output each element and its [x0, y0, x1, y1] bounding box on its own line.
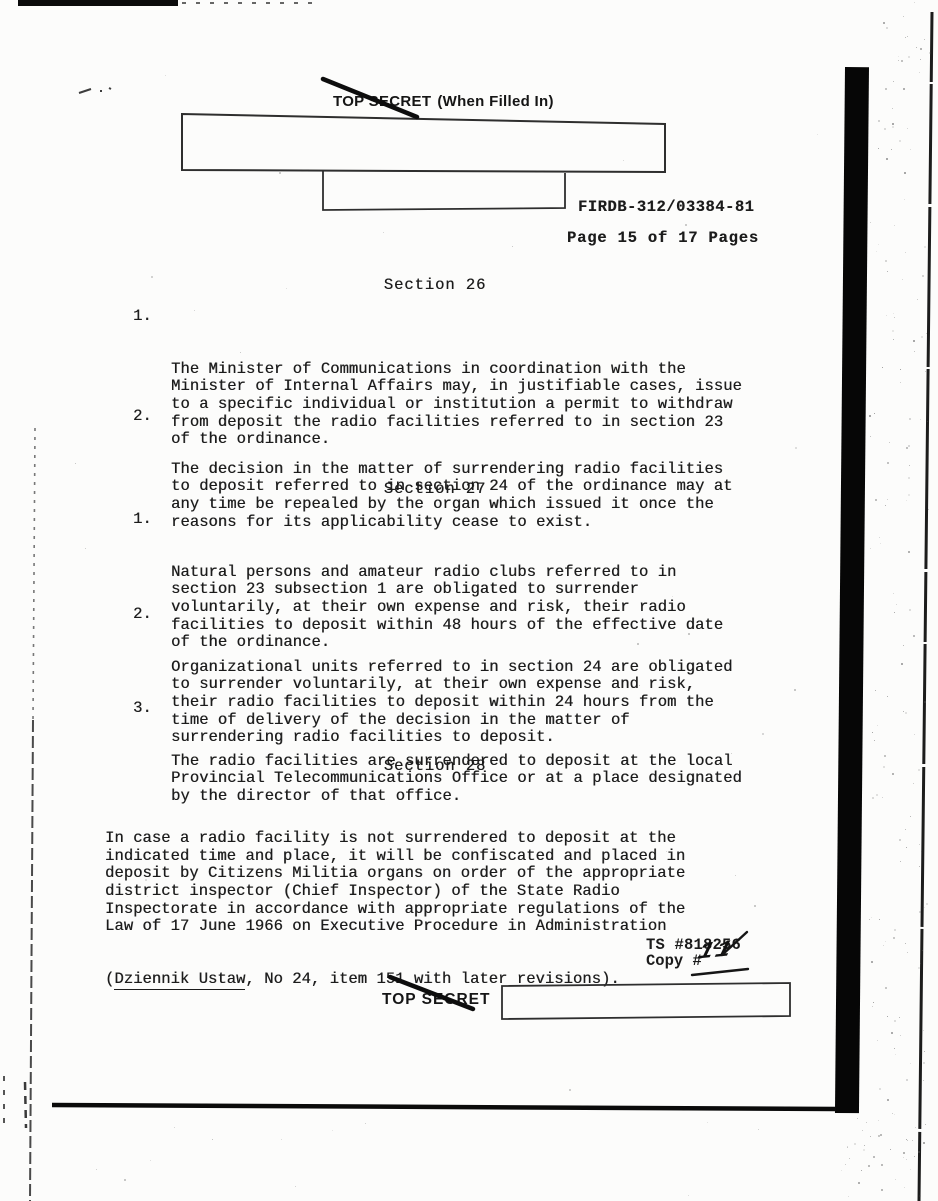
noise-speck	[849, 1158, 850, 1159]
noise-speck	[907, 36, 908, 37]
noise-speck	[923, 1062, 925, 1064]
noise-speck	[887, 499, 888, 500]
noise-speck	[864, 1145, 865, 1146]
noise-speck	[900, 1035, 901, 1036]
noise-speck	[365, 1123, 366, 1124]
noise-speck	[754, 905, 756, 907]
noise-speck	[866, 1122, 867, 1123]
noise-speck	[920, 48, 922, 50]
noise-speck	[593, 585, 595, 587]
noise-speck	[905, 37, 906, 38]
noise-speck	[887, 1016, 888, 1017]
noise-speck	[885, 505, 886, 506]
noise-speck	[914, 351, 915, 352]
noise-speck	[923, 1080, 924, 1081]
noise-speck	[875, 499, 877, 501]
noise-speck	[174, 1127, 175, 1128]
noise-speck	[919, 1195, 921, 1197]
noise-speck	[623, 160, 624, 161]
noise-speck	[924, 907, 925, 908]
document-page: TOP SECRET(When Filled In) FIRDB-312/033…	[0, 0, 938, 1201]
noise-speck	[688, 1195, 689, 1196]
noise-speck	[893, 339, 894, 340]
noise-speck	[921, 851, 922, 852]
noise-layer	[0, 0, 938, 1201]
noise-speck	[872, 1006, 873, 1007]
noise-speck	[904, 172, 906, 174]
noise-speck	[332, 82, 333, 83]
noise-speck	[666, 851, 667, 852]
noise-speck	[923, 1142, 925, 1144]
noise-speck	[894, 225, 895, 226]
noise-speck	[848, 1196, 849, 1197]
noise-speck	[908, 551, 910, 553]
noise-speck	[916, 47, 917, 48]
noise-speck	[892, 126, 894, 128]
noise-speck	[926, 903, 928, 905]
noise-speck	[212, 1139, 213, 1140]
noise-speck	[923, 1030, 924, 1031]
noise-speck	[903, 1157, 904, 1158]
noise-speck	[912, 1140, 913, 1141]
noise-speck	[924, 701, 926, 703]
noise-speck	[906, 847, 907, 848]
noise-speck	[901, 60, 903, 62]
noise-speck	[877, 725, 878, 726]
noise-speck	[869, 415, 871, 417]
noise-speck	[894, 1048, 895, 1049]
noise-speck	[762, 733, 764, 735]
noise-speck	[920, 419, 921, 420]
noise-speck	[883, 766, 885, 768]
noise-speck	[672, 596, 673, 597]
noise-speck	[909, 465, 910, 466]
noise-speck	[887, 696, 888, 697]
noise-speck	[892, 108, 893, 109]
noise-speck	[927, 421, 928, 422]
noise-speck	[915, 1127, 916, 1128]
noise-speck	[863, 1149, 865, 1151]
noise-speck	[857, 1118, 858, 1119]
noise-speck	[913, 340, 915, 342]
noise-speck	[919, 844, 920, 845]
noise-speck	[295, 1186, 296, 1187]
noise-speck	[873, 1002, 874, 1003]
noise-speck	[920, 59, 921, 60]
noise-speck	[858, 1182, 860, 1184]
noise-speck	[908, 445, 910, 447]
noise-speck	[885, 88, 887, 90]
noise-speck	[366, 730, 367, 731]
noise-speck	[914, 2, 915, 3]
noise-speck	[194, 310, 195, 311]
noise-speck	[899, 140, 901, 142]
noise-speck	[882, 367, 883, 368]
noise-speck	[75, 463, 76, 464]
noise-speck	[332, 1130, 333, 1131]
noise-speck	[900, 369, 901, 370]
noise-speck	[383, 232, 384, 233]
noise-speck	[882, 797, 883, 798]
noise-speck	[883, 945, 884, 946]
noise-speck	[878, 1120, 879, 1121]
noise-speck	[900, 861, 901, 862]
noise-speck	[907, 128, 908, 129]
noise-speck	[875, 690, 876, 691]
noise-speck	[876, 251, 877, 252]
noise-speck	[905, 712, 907, 714]
noise-speck	[902, 279, 903, 280]
noise-speck	[893, 937, 895, 939]
noise-speck	[388, 892, 389, 893]
noise-speck	[918, 967, 920, 969]
noise-speck	[685, 224, 687, 226]
noise-speck	[878, 120, 880, 122]
noise-speck	[892, 773, 894, 775]
noise-speck	[910, 1169, 911, 1170]
noise-speck	[279, 172, 281, 174]
noise-speck	[885, 260, 887, 262]
noise-speck	[922, 275, 924, 277]
noise-speck	[880, 1134, 882, 1136]
noise-speck	[907, 952, 908, 953]
noise-speck	[870, 222, 871, 223]
noise-speck	[893, 313, 894, 314]
noise-speck	[861, 1170, 862, 1171]
noise-speck	[910, 816, 911, 817]
noise-speck	[894, 1020, 896, 1022]
noise-speck	[925, 1124, 926, 1125]
noise-speck	[887, 271, 888, 272]
noise-speck	[870, 548, 871, 549]
noise-speck	[929, 52, 931, 54]
noise-speck	[876, 794, 878, 796]
noise-speck	[909, 609, 911, 611]
noise-speck	[854, 1143, 856, 1145]
noise-speck	[887, 1099, 889, 1101]
noise-speck	[847, 1147, 848, 1148]
noise-speck	[637, 643, 639, 645]
noise-speck	[908, 56, 910, 58]
noise-speck	[905, 943, 906, 944]
noise-speck	[900, 382, 901, 383]
noise-speck	[886, 27, 888, 29]
noise-speck	[881, 1189, 883, 1191]
noise-speck	[817, 134, 818, 135]
noise-speck	[862, 1130, 863, 1131]
noise-speck	[880, 543, 881, 544]
noise-speck	[150, 1160, 151, 1161]
noise-speck	[919, 911, 921, 913]
noise-speck	[906, 1159, 907, 1160]
noise-speck	[885, 941, 886, 942]
noise-speck	[151, 276, 153, 278]
noise-speck	[924, 39, 925, 40]
noise-speck	[794, 689, 796, 691]
noise-speck	[892, 123, 894, 125]
noise-speck	[901, 663, 903, 665]
noise-speck	[913, 635, 915, 637]
noise-speck	[893, 593, 894, 594]
noise-speck	[899, 1017, 900, 1018]
noise-speck	[758, 1129, 759, 1130]
noise-speck	[881, 1164, 883, 1166]
noise-speck	[893, 81, 894, 82]
noise-speck	[918, 769, 920, 771]
noise-speck	[868, 1165, 870, 1167]
noise-speck	[124, 1179, 126, 1181]
noise-speck	[512, 246, 513, 247]
noise-speck	[903, 711, 904, 712]
noise-speck	[924, 1051, 925, 1052]
noise-speck	[904, 199, 905, 200]
noise-speck	[877, 1040, 878, 1041]
noise-speck	[891, 1032, 893, 1034]
noise-speck	[903, 16, 904, 17]
noise-speck	[896, 604, 897, 605]
noise-speck	[845, 1164, 846, 1165]
noise-speck	[96, 1169, 97, 1170]
noise-speck	[286, 288, 287, 289]
noise-speck	[894, 612, 895, 613]
noise-speck	[914, 1156, 915, 1157]
noise-speck	[920, 963, 921, 964]
noise-speck	[873, 1156, 875, 1158]
noise-speck	[795, 447, 797, 449]
noise-speck	[910, 1063, 911, 1064]
noise-speck	[872, 732, 873, 733]
noise-speck	[898, 60, 899, 61]
noise-speck	[871, 961, 873, 963]
noise-speck	[894, 1114, 895, 1115]
noise-speck	[906, 1079, 908, 1081]
noise-speck	[884, 755, 886, 757]
noise-speck	[914, 734, 915, 735]
noise-speck	[909, 418, 911, 420]
noise-speck	[870, 1136, 871, 1137]
noise-speck	[925, 371, 926, 372]
noise-speck	[908, 477, 910, 479]
noise-speck	[841, 1170, 842, 1171]
noise-speck	[919, 866, 920, 867]
noise-speck	[874, 740, 875, 741]
noise-speck	[85, 548, 86, 549]
noise-speck	[879, 537, 880, 538]
noise-speck	[870, 436, 871, 437]
noise-speck	[917, 299, 918, 300]
noise-speck	[885, 987, 887, 989]
noise-speck	[922, 950, 923, 951]
noise-speck	[869, 919, 870, 920]
noise-speck	[921, 336, 923, 338]
noise-speck	[913, 783, 914, 784]
noise-speck	[887, 462, 889, 464]
noise-speck	[924, 246, 926, 248]
noise-speck	[928, 509, 929, 510]
noise-speck	[906, 500, 907, 501]
noise-speck	[639, 685, 640, 686]
noise-speck	[281, 1139, 282, 1140]
noise-speck	[905, 829, 906, 830]
noise-speck	[874, 413, 875, 414]
noise-speck	[926, 333, 927, 334]
noise-speck	[872, 797, 874, 799]
noise-speck	[165, 75, 166, 76]
noise-speck	[918, 1151, 920, 1153]
noise-speck	[871, 917, 872, 918]
noise-speck	[910, 149, 911, 150]
noise-speck	[894, 317, 895, 318]
noise-speck	[906, 447, 908, 449]
noise-speck	[240, 352, 241, 353]
noise-speck	[904, 1187, 905, 1188]
noise-speck	[688, 633, 690, 635]
noise-speck	[878, 148, 879, 149]
noise-speck	[905, 252, 906, 253]
noise-speck	[569, 1089, 571, 1091]
noise-speck	[884, 128, 886, 130]
noise-speck	[908, 494, 910, 496]
noise-speck	[898, 56, 899, 57]
noise-speck	[899, 839, 901, 841]
noise-speck	[889, 442, 890, 443]
noise-speck	[878, 244, 879, 245]
noise-speck	[907, 1140, 908, 1141]
noise-speck	[731, 753, 732, 754]
noise-speck	[201, 856, 202, 857]
noise-speck	[919, 72, 920, 73]
noise-speck	[589, 895, 590, 896]
noise-speck	[707, 1122, 708, 1123]
noise-speck	[891, 149, 892, 150]
noise-speck	[879, 919, 880, 920]
noise-speck	[892, 330, 894, 332]
noise-speck	[895, 1054, 896, 1055]
noise-speck	[886, 315, 887, 316]
noise-speck	[886, 158, 888, 160]
noise-speck	[735, 875, 736, 876]
noise-speck	[586, 920, 587, 921]
noise-speck	[890, 1149, 891, 1150]
noise-speck	[147, 896, 148, 897]
noise-speck	[903, 88, 905, 90]
noise-speck	[903, 645, 904, 646]
noise-speck	[903, 1152, 905, 1154]
noise-speck	[145, 879, 147, 881]
noise-speck	[894, 929, 896, 931]
noise-speck	[895, 1179, 896, 1180]
noise-speck	[883, 22, 885, 24]
noise-speck	[879, 1088, 881, 1090]
